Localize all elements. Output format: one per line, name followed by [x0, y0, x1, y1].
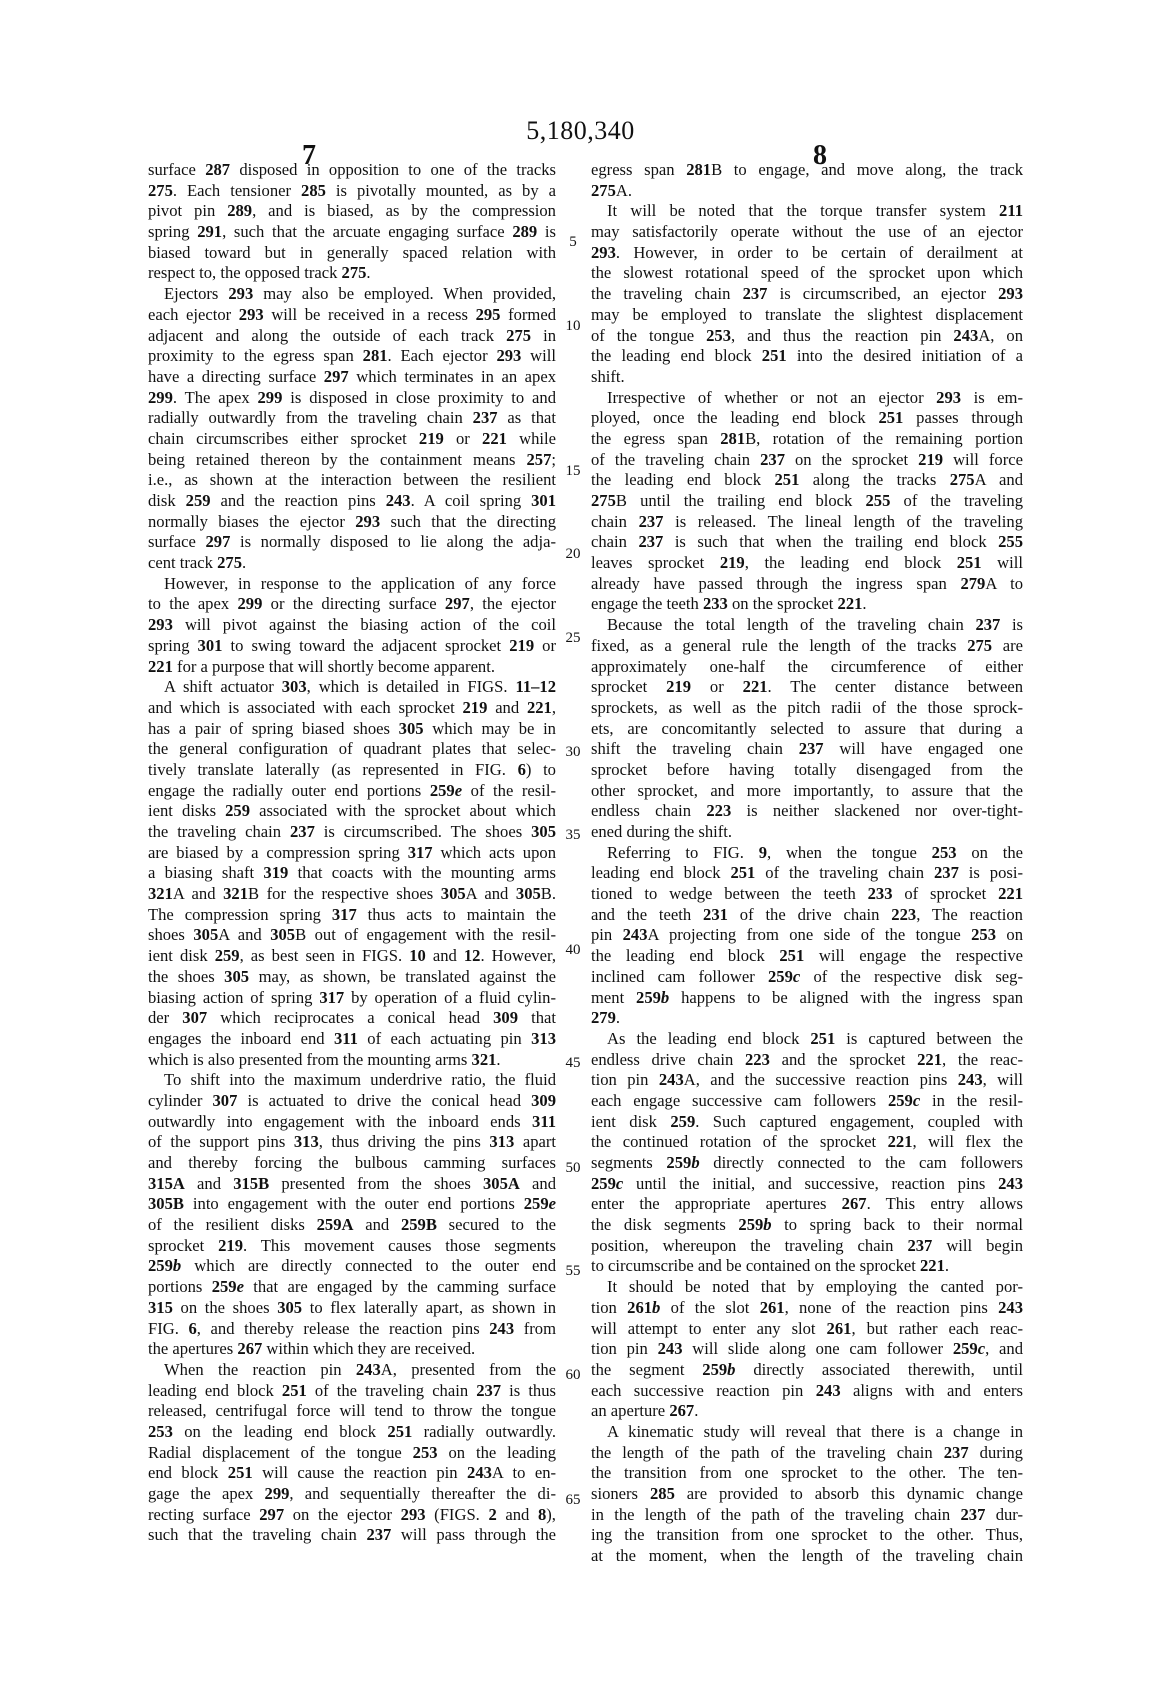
right-text-line: each successive reaction pin 243 aligns … [591, 1381, 1023, 1402]
left-text-line: tively translate laterally (as represent… [148, 760, 556, 781]
left-text-line: and which is associated with each sprock… [148, 698, 556, 719]
gutter-line-number: 40 [558, 942, 588, 959]
right-text-line: sprocket before having totally disengage… [591, 760, 1023, 781]
right-text-line: the continued rotation of the sprocket 2… [591, 1132, 1023, 1153]
right-text-line: the length of the path of the traveling … [591, 1443, 1023, 1464]
right-text-line: engage the teeth 233 on the sprocket 221… [591, 594, 1023, 615]
right-text-line: It will be noted that the torque transfe… [591, 201, 1023, 222]
right-text-line: 259c until the initial, and successive, … [591, 1174, 1023, 1195]
right-text-line: the slowest rotational speed of the spro… [591, 263, 1023, 284]
left-text-line: the general configuration of quadrant pl… [148, 739, 556, 760]
right-text-line: A kinematic study will reveal that there… [591, 1422, 1023, 1443]
left-text-line: recting surface 297 on the ejector 293 (… [148, 1505, 556, 1526]
left-text-line: gage the apex 299, and sequentially ther… [148, 1484, 556, 1505]
left-text-line: the shoes 305 may, as shown, be translat… [148, 967, 556, 988]
left-text-line: A shift actuator 303, which is detailed … [148, 677, 556, 698]
right-text-line: to circumscribe and be contained on the … [591, 1256, 1023, 1277]
left-text-line: cent track 275. [148, 553, 556, 574]
right-text-line: of the traveling chain 237 on the sprock… [591, 450, 1023, 471]
gutter-line-number: 35 [558, 827, 588, 844]
right-text-line: leaves sprocket 219, the leading end blo… [591, 553, 1023, 574]
gutter-line-number: 30 [558, 744, 588, 761]
left-text-line: However, in response to the application … [148, 574, 556, 595]
right-text-line: egress span 281B to engage, and move alo… [591, 160, 1023, 181]
right-text-line: 275B until the trailing end block 255 of… [591, 491, 1023, 512]
left-text-line: the traveling chain 237 is circumscribed… [148, 822, 556, 843]
gutter-line-number: 20 [558, 546, 588, 563]
left-text-line: cylinder 307 is actuated to drive the co… [148, 1091, 556, 1112]
left-text-line: have a directing surface 297 which termi… [148, 367, 556, 388]
right-text-line: sprocket 219 or 221. The center distance… [591, 677, 1023, 698]
left-text-line: 299. The apex 299 is disposed in close p… [148, 388, 556, 409]
left-text-line: 315A and 315B presented from the shoes 3… [148, 1174, 556, 1195]
left-text-column: surface 287 disposed in opposition to on… [148, 160, 556, 1546]
left-text-line: When the reaction pin 243A, presented fr… [148, 1360, 556, 1381]
left-text-line: i.e., as shown at the interaction betwee… [148, 470, 556, 491]
right-text-line: chain 237 is released. The lineal length… [591, 512, 1023, 533]
left-text-line: pivot pin 289, and is biased, as by the … [148, 201, 556, 222]
left-text-line: FIG. 6, and thereby release the reaction… [148, 1319, 556, 1340]
right-text-line: Because the total length of the travelin… [591, 615, 1023, 636]
left-text-line: respect to, the opposed track 275. [148, 263, 556, 284]
right-text-line: the transition from one sprocket to the … [591, 1463, 1023, 1484]
right-text-line: in the length of the path of the traveli… [591, 1505, 1023, 1526]
left-text-line: engage the radially outer end portions 2… [148, 781, 556, 802]
right-text-line: Irrespective of whether or not an ejecto… [591, 388, 1023, 409]
left-text-line: 259b which are directly connected to the… [148, 1256, 556, 1277]
gutter-line-number: 10 [558, 318, 588, 335]
left-text-line: released, centrifugal force will tend to… [148, 1401, 556, 1422]
left-text-line: disk 259 and the reaction pins 243. A co… [148, 491, 556, 512]
right-text-line: other sprocket, and more importantly, to… [591, 781, 1023, 802]
left-text-line: chain circumscribes either sprocket 219 … [148, 429, 556, 450]
right-text-line: tioned to wedge between the teeth 233 of… [591, 884, 1023, 905]
left-text-line: surface 297 is normally disposed to lie … [148, 532, 556, 553]
right-text-line: tion pin 243 will slide along one cam fo… [591, 1339, 1023, 1360]
right-text-line: ployed, once the leading end block 251 p… [591, 408, 1023, 429]
left-text-line: 321A and 321B for the respective shoes 3… [148, 884, 556, 905]
left-text-line: Radial displacement of the tongue 253 on… [148, 1443, 556, 1464]
patent-number: 5,180,340 [0, 116, 1161, 146]
right-text-line: will attempt to enter any slot 261, but … [591, 1319, 1023, 1340]
right-text-line: shift. [591, 367, 1023, 388]
right-text-line: of the tongue 253, and thus the reaction… [591, 326, 1023, 347]
right-text-line: an aperture 267. [591, 1401, 1023, 1422]
left-text-line: spring 291, such that the arcuate engagi… [148, 222, 556, 243]
right-text-line: may satisfactorily operate without the u… [591, 222, 1023, 243]
left-text-line: shoes 305A and 305B out of engagement wi… [148, 925, 556, 946]
right-text-line: ient disk 259. Such captured engagement,… [591, 1112, 1023, 1133]
right-text-line: shift the traveling chain 237 will have … [591, 739, 1023, 760]
right-text-line: leading end block 251 of the traveling c… [591, 863, 1023, 884]
right-text-column: egress span 281B to engage, and move alo… [591, 160, 1023, 1567]
right-text-line: pin 243A projecting from one side of the… [591, 925, 1023, 946]
left-text-line: the apertures 267 within which they are … [148, 1339, 556, 1360]
left-text-line: engages the inboard end 311 of each actu… [148, 1029, 556, 1050]
left-text-line: der 307 which reciprocates a conical hea… [148, 1008, 556, 1029]
left-text-line: each ejector 293 will be received in a r… [148, 305, 556, 326]
gutter-line-number: 15 [558, 463, 588, 480]
left-text-line: and thereby forcing the bulbous camming … [148, 1153, 556, 1174]
left-text-line: outwardly into engagement with the inboa… [148, 1112, 556, 1133]
right-text-line: the segment 259b directly associated the… [591, 1360, 1023, 1381]
left-text-line: to the apex 299 or the directing surface… [148, 594, 556, 615]
left-text-line: surface 287 disposed in opposition to on… [148, 160, 556, 181]
left-text-line: proximity to the egress span 281. Each e… [148, 346, 556, 367]
right-text-line: position, whereupon the traveling chain … [591, 1236, 1023, 1257]
left-text-line: has a pair of spring biased shoes 305 wh… [148, 719, 556, 740]
right-text-line: and the teeth 231 of the drive chain 223… [591, 905, 1023, 926]
left-text-line: ient disk 259, as best seen in FIGS. 10 … [148, 946, 556, 967]
left-text-line: a biasing shaft 319 that coacts with the… [148, 863, 556, 884]
right-text-line: It should be noted that by employing the… [591, 1277, 1023, 1298]
left-text-line: being retained thereon by the containmen… [148, 450, 556, 471]
right-text-line: tion pin 243A, and the successive reacti… [591, 1070, 1023, 1091]
right-text-line: ets, are concomitantly selected to assur… [591, 719, 1023, 740]
right-text-line: As the leading end block 251 is captured… [591, 1029, 1023, 1050]
left-text-line: adjacent and along the outside of each t… [148, 326, 556, 347]
left-text-line: of the support pins 313, thus driving th… [148, 1132, 556, 1153]
gutter-line-number: 5 [558, 234, 588, 251]
left-text-line: radially outwardly from the traveling ch… [148, 408, 556, 429]
left-text-line: of the resilient disks 259A and 259B sec… [148, 1215, 556, 1236]
left-text-line: normally biases the ejector 293 such tha… [148, 512, 556, 533]
right-text-line: fixed, as a general rule the length of t… [591, 636, 1023, 657]
left-text-line: 275. Each tensioner 285 is pivotally mou… [148, 181, 556, 202]
left-text-line: portions 259e that are engaged by the ca… [148, 1277, 556, 1298]
left-text-line: The compression spring 317 thus acts to … [148, 905, 556, 926]
right-text-line: sioners 285 are provided to absorb this … [591, 1484, 1023, 1505]
right-text-line: segments 259b directly connected to the … [591, 1153, 1023, 1174]
right-text-line: ment 259b happens to be aligned with the… [591, 988, 1023, 1009]
right-text-line: Referring to FIG. 9, when the tongue 253… [591, 843, 1023, 864]
gutter-line-number: 55 [558, 1263, 588, 1280]
left-text-line: 293 will pivot against the biasing actio… [148, 615, 556, 636]
right-text-line: the leading end block 251 along the trac… [591, 470, 1023, 491]
right-text-line: 293. However, in order to be certain of … [591, 243, 1023, 264]
right-text-line: at the moment, when the length of the tr… [591, 1546, 1023, 1567]
left-text-line: To shift into the maximum underdrive rat… [148, 1070, 556, 1091]
right-text-line: endless chain 223 is neither slackened n… [591, 801, 1023, 822]
right-text-line: ing the transition from one sprocket to … [591, 1525, 1023, 1546]
left-text-line: sprocket 219. This movement causes those… [148, 1236, 556, 1257]
left-text-line: biased toward but in generally spaced re… [148, 243, 556, 264]
left-text-line: 305B into engagement with the outer end … [148, 1194, 556, 1215]
left-text-line: 221 for a purpose that will shortly beco… [148, 657, 556, 678]
gutter-line-number: 65 [558, 1492, 588, 1509]
gutter-line-number: 45 [558, 1055, 588, 1072]
left-text-line: are biased by a compression spring 317 w… [148, 843, 556, 864]
right-text-line: may be employed to translate the slighte… [591, 305, 1023, 326]
right-text-line: already have passed through the ingress … [591, 574, 1023, 595]
right-text-line: chain 237 is such that when the trailing… [591, 532, 1023, 553]
right-text-line: inclined cam follower 259c of the respec… [591, 967, 1023, 988]
gutter-line-number: 60 [558, 1367, 588, 1384]
left-text-line: end block 251 will cause the reaction pi… [148, 1463, 556, 1484]
left-text-line: Ejectors 293 may also be employed. When … [148, 284, 556, 305]
gutter-line-number: 25 [558, 630, 588, 647]
right-text-line: endless drive chain 223 and the sprocket… [591, 1050, 1023, 1071]
left-text-line: such that the traveling chain 237 will p… [148, 1525, 556, 1546]
right-text-line: tion 261b of the slot 261, none of the r… [591, 1298, 1023, 1319]
left-text-line: 253 on the leading end block 251 radiall… [148, 1422, 556, 1443]
right-text-line: sprockets, as well as the pitch radii of… [591, 698, 1023, 719]
left-text-line: 315 on the shoes 305 to flex laterally a… [148, 1298, 556, 1319]
right-text-line: 279. [591, 1008, 1023, 1029]
right-text-line: 275A. [591, 181, 1023, 202]
gutter-line-number: 50 [558, 1160, 588, 1177]
left-text-line: ient disks 259 associated with the sproc… [148, 801, 556, 822]
right-text-line: the leading end block 251 into the desir… [591, 346, 1023, 367]
right-text-line: the leading end block 251 will engage th… [591, 946, 1023, 967]
right-text-line: the egress span 281B, rotation of the re… [591, 429, 1023, 450]
left-text-line: leading end block 251 of the traveling c… [148, 1381, 556, 1402]
right-text-line: the disk segments 259b to spring back to… [591, 1215, 1023, 1236]
right-text-line: enter the appropriate apertures 267. Thi… [591, 1194, 1023, 1215]
right-text-line: the traveling chain 237 is circumscribed… [591, 284, 1023, 305]
left-text-line: spring 301 to swing toward the adjacent … [148, 636, 556, 657]
left-text-line: biasing action of spring 317 by operatio… [148, 988, 556, 1009]
right-text-line: ened during the shift. [591, 822, 1023, 843]
right-text-line: each engage successive cam followers 259… [591, 1091, 1023, 1112]
left-text-line: which is also presented from the mountin… [148, 1050, 556, 1071]
right-text-line: approximately one-half the circumference… [591, 657, 1023, 678]
